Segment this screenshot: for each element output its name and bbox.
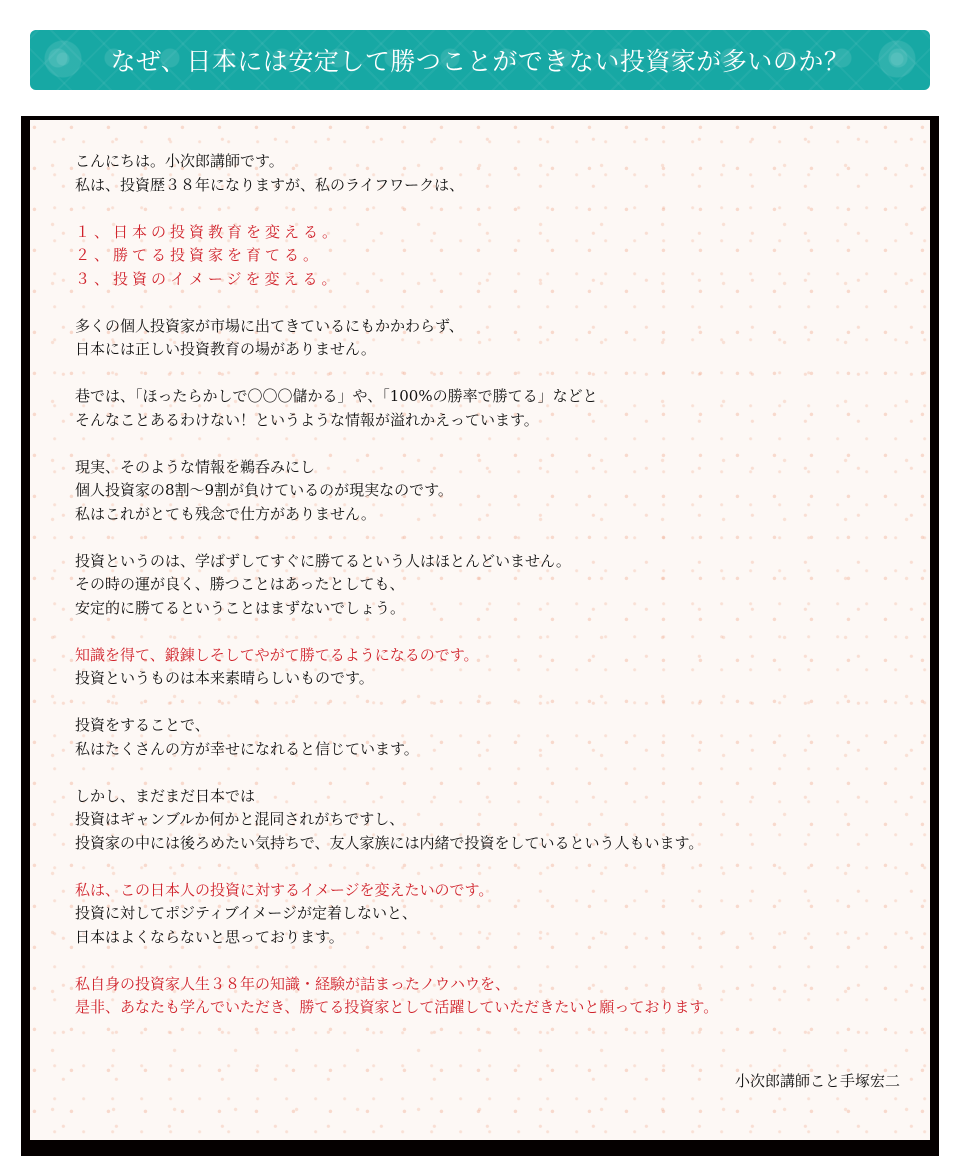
- paragraph-image-change: 私は、この日本人の投資に対するイメージを変えたいのです。 投資に対してポジティブ…: [75, 879, 895, 950]
- highlight-line: 私自身の投資家人生３８年の知識・経験が詰まったノウハウを、: [75, 973, 895, 997]
- highlight-line: 是非、あなたも学んでいただき、勝てる投資家として活躍していただきたいと願っており…: [75, 996, 895, 1020]
- goal-item: １、日本の投資教育を変える。: [75, 221, 895, 245]
- text-line: 投資というものは本来素晴らしいものです。: [75, 667, 895, 691]
- goal-item: ２、勝てる投資家を育てる。: [75, 244, 895, 268]
- text-line: 個人投資家の8割～9割が負けているのが現実なのです。: [75, 479, 895, 503]
- text-line: 投資をすることで、: [75, 714, 895, 738]
- paragraph-closing: 私自身の投資家人生３８年の知識・経験が詰まったノウハウを、 是非、あなたも学んで…: [75, 973, 895, 1020]
- text-line: そんなことあるわけない！というような情報が溢れかえっています。: [75, 409, 895, 433]
- highlight-line: 知識を得て、鍛錬しそしてやがて勝てるようになるのです。: [75, 644, 895, 668]
- paragraph-reality: 現実、そのような情報を鵜呑みにし 個人投資家の8割～9割が負けているのが現実なの…: [75, 456, 895, 527]
- highlight-line: 私は、この日本人の投資に対するイメージを変えたいのです。: [75, 879, 895, 903]
- section-heading-banner: なぜ、日本には安定して勝つことができない投資家が多いのか？: [30, 30, 930, 90]
- paragraph-market: 多くの個人投資家が市場に出てきているにもかかわらず、 日本には正しい投資教育の場…: [75, 315, 895, 362]
- greeting-paragraph: こんにちは。小次郎講師です。 私は、投資歴３８年になりますが、私のライフワークは…: [75, 150, 895, 197]
- text-line: 私はこれがとても残念で仕方がありません。: [75, 503, 895, 527]
- paragraph-misinformation: 巷では、「ほったらかしで〇〇〇儲かる」や、「100%の勝率で勝てる」などと そん…: [75, 385, 895, 432]
- text-line: 日本には正しい投資教育の場がありません。: [75, 338, 895, 362]
- text-line: 投資というのは、学ばずしてすぐに勝てるという人はほとんどいません。: [75, 550, 895, 574]
- text-line: 私は、投資歴３８年になりますが、私のライフワークは、: [75, 174, 895, 198]
- goal-item: ３、投資のイメージを変える。: [75, 268, 895, 292]
- letter-body: こんにちは。小次郎講師です。 私は、投資歴３８年になりますが、私のライフワークは…: [75, 150, 895, 1043]
- text-line: 現実、そのような情報を鵜呑みにし: [75, 456, 895, 480]
- text-line: 日本はよくならないと思っております。: [75, 926, 895, 950]
- paragraph-learning: 投資というのは、学ばずしてすぐに勝てるという人はほとんどいません。 その時の運が…: [75, 550, 895, 621]
- lifework-goals-list: １、日本の投資教育を変える。 ２、勝てる投資家を育てる。 ３、投資のイメージを変…: [75, 221, 895, 292]
- text-line: その時の運が良く、勝つことはあったとしても、: [75, 573, 895, 597]
- text-line: こんにちは。小次郎講師です。: [75, 150, 895, 174]
- text-line: 安定的に勝てるということはまずないでしょう。: [75, 597, 895, 621]
- text-line: 投資家の中には後ろめたい気持ちで、友人家族には内緒で投資をしているという人もいま…: [75, 832, 895, 856]
- paragraph-happiness: 投資をすることで、 私はたくさんの方が幸せになれると信じています。: [75, 714, 895, 761]
- author-signature: 小次郎講師こと手塚宏二: [735, 1070, 900, 1091]
- paragraph-knowledge: 知識を得て、鍛錬しそしてやがて勝てるようになるのです。 投資というものは本来素晴…: [75, 644, 895, 691]
- text-line: 多くの個人投資家が市場に出てきているにもかかわらず、: [75, 315, 895, 339]
- section-heading: なぜ、日本には安定して勝つことができない投資家が多いのか？: [111, 42, 850, 78]
- text-line: 巷では、「ほったらかしで〇〇〇儲かる」や、「100%の勝率で勝てる」などと: [75, 385, 895, 409]
- text-line: 投資に対してポジティブイメージが定着しないと、: [75, 902, 895, 926]
- text-line: 私はたくさんの方が幸せになれると信じています。: [75, 738, 895, 762]
- text-line: 投資はギャンブルか何かと混同されがちですし、: [75, 808, 895, 832]
- paragraph-perception: しかし、まだまだ日本では 投資はギャンブルか何かと混同されがちですし、 投資家の…: [75, 785, 895, 856]
- text-line: しかし、まだまだ日本では: [75, 785, 895, 809]
